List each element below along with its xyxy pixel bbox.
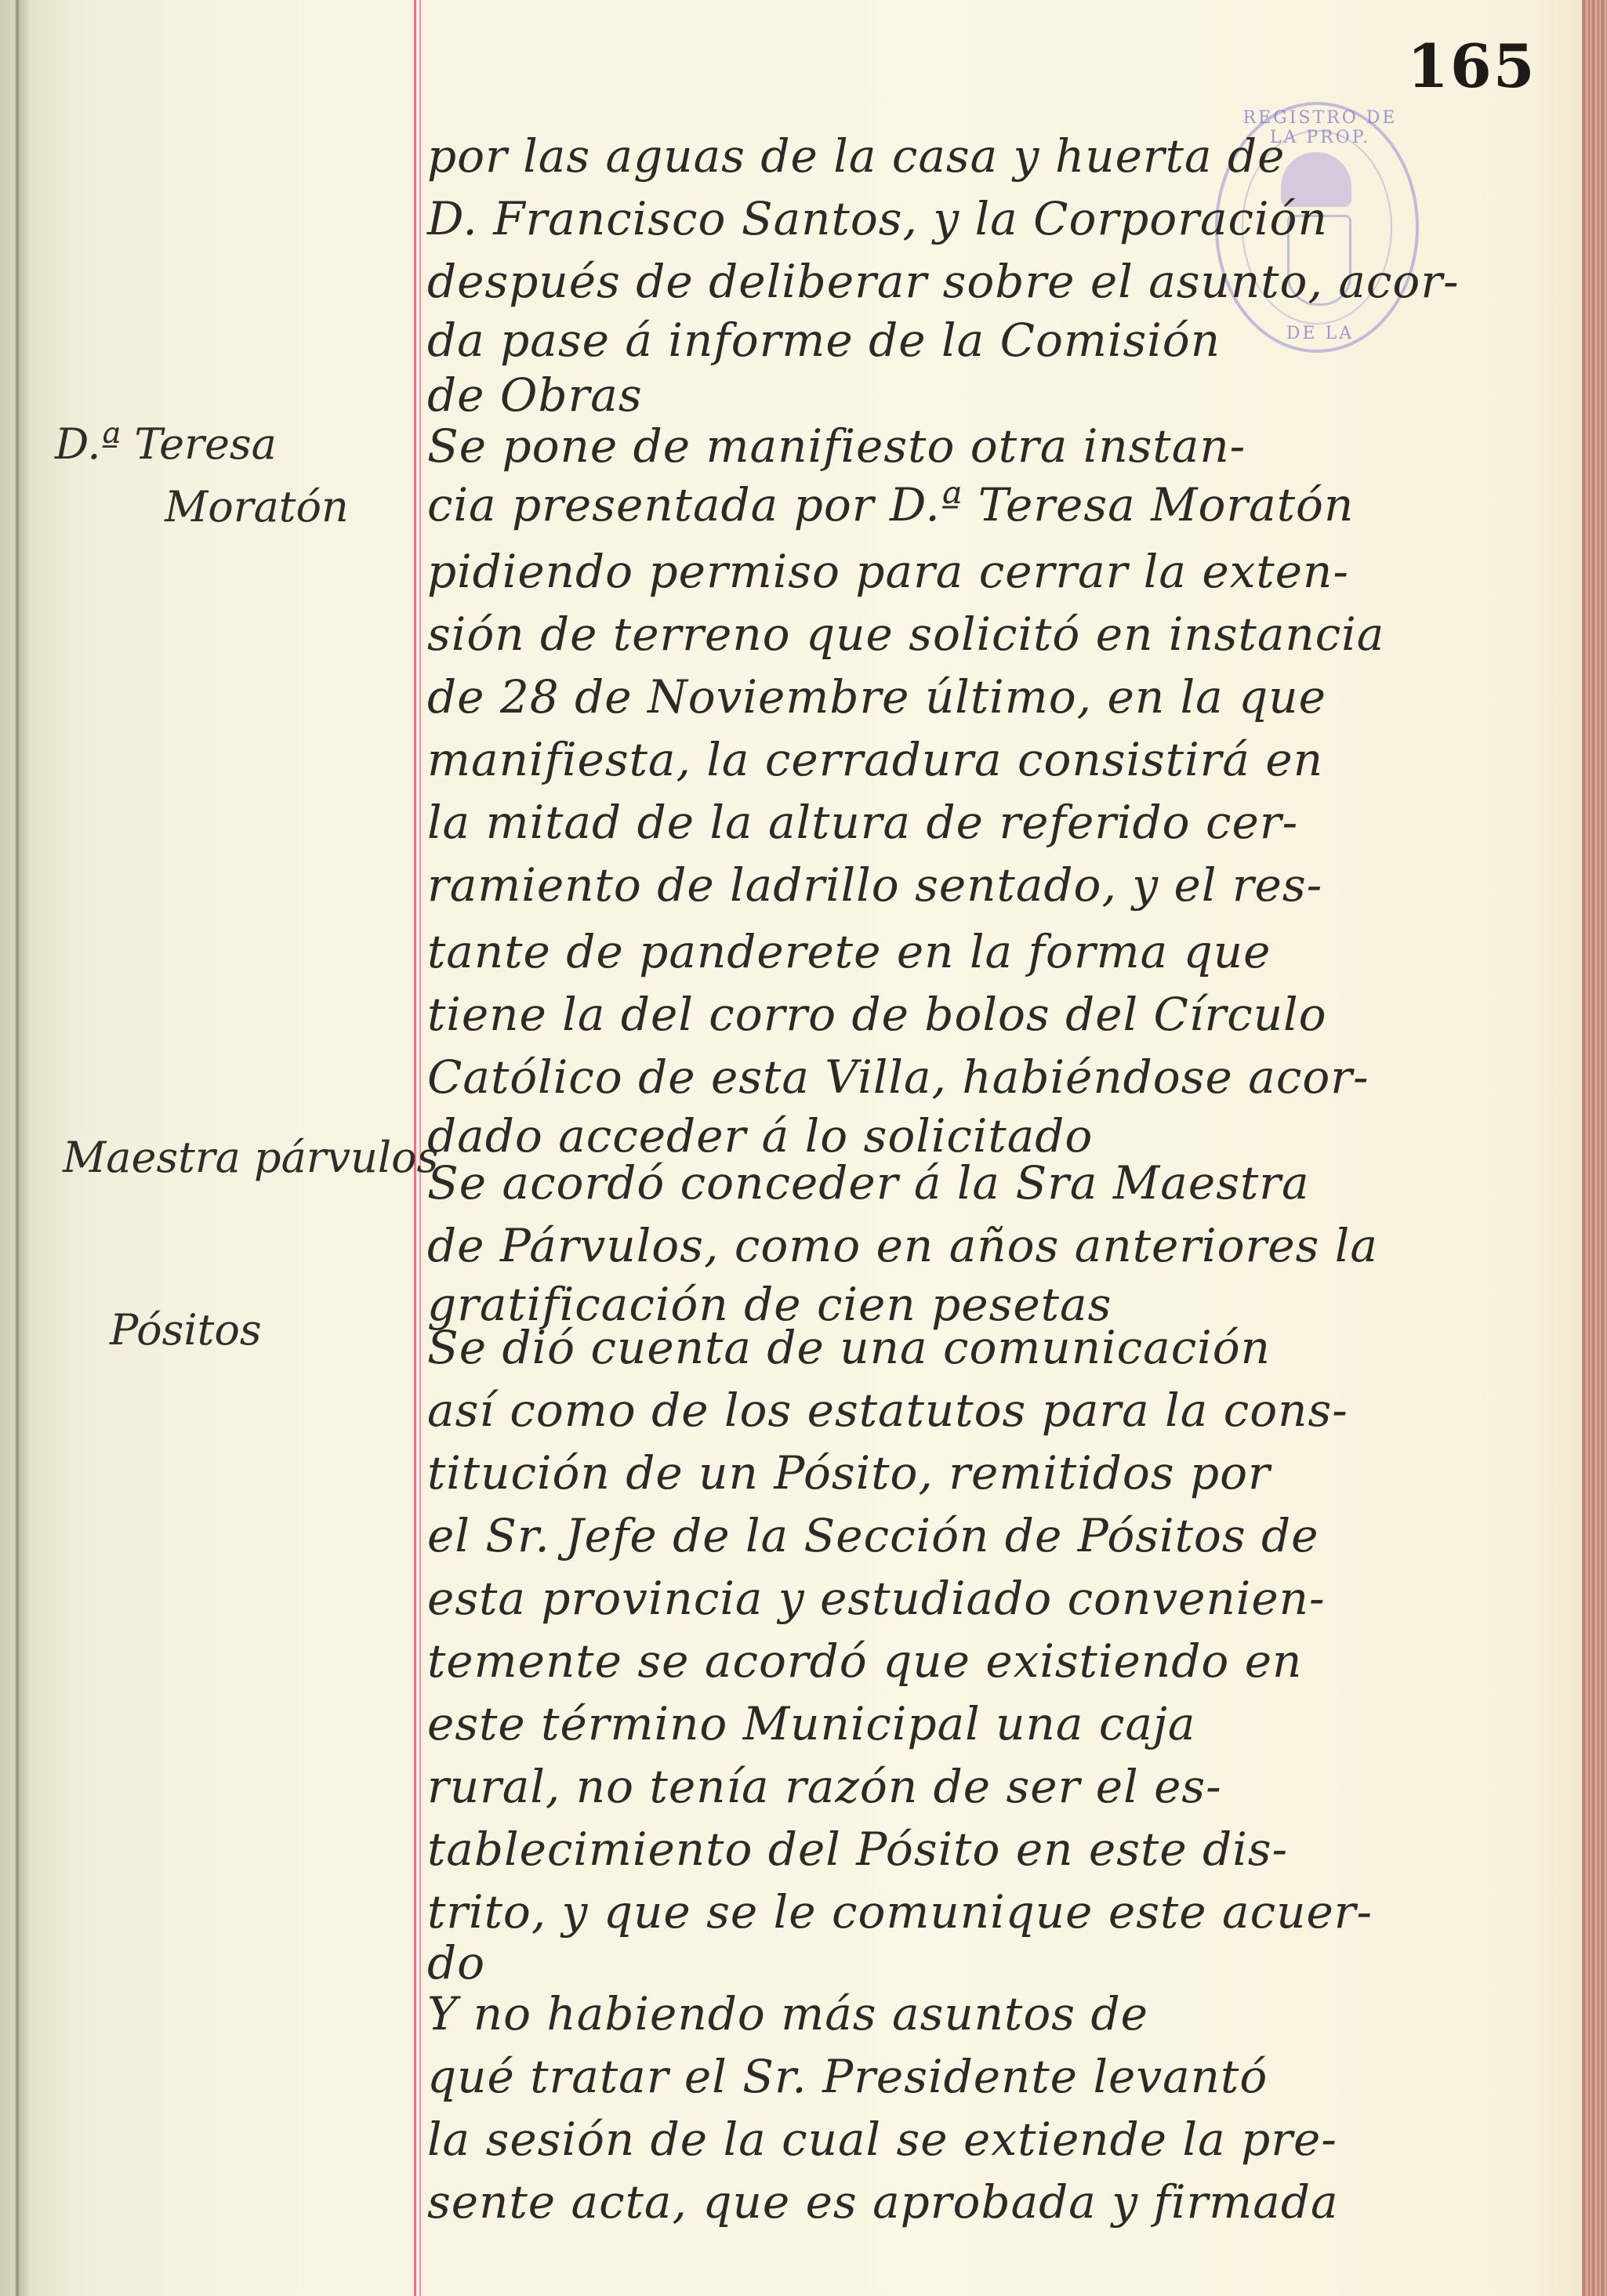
handwritten-line: por las aguas de la casa y huerta de [427,129,1285,183]
handwritten-line: qué tratar el Sr. Presidente levantó [427,2050,1268,2103]
stamp-text-bottom: DE LA [1226,324,1414,343]
gutter-edge [16,0,19,2296]
handwritten-line: Se pone de manifiesto otra instan- [427,419,1246,473]
handwritten-line: tante de panderete en la forma que [427,925,1271,978]
margin-note: Moratón [165,482,349,531]
handwritten-line: temente se acordó que existiendo en [427,1634,1302,1688]
handwritten-line: Católico de esta Villa, habiéndose acor- [427,1050,1369,1104]
handwritten-line: sente acta, que es aprobada y firmada [427,2175,1339,2229]
handwritten-line: titución de un Pósito, remitidos por [427,1446,1271,1500]
handwritten-line: dado acceder á lo solicitado [427,1109,1093,1163]
handwritten-line: Se acordó conceder á la Sra Maestra [427,1156,1310,1210]
handwritten-line: así como de los estatutos para la cons- [427,1384,1348,1437]
handwritten-line: después de deliberar sobre el asunto, ac… [427,255,1460,308]
ledger-page: 165 REGISTRO DE LA PROP. DE LA D.ª Teres… [0,0,1607,2296]
handwritten-line: la sesión de la cual se extiende la pre- [427,2113,1337,2166]
handwritten-line: sión de terreno que solicitó en instanci… [427,608,1384,661]
handwritten-line: este término Municipal una caja [427,1697,1196,1750]
handwritten-line: Y no habiendo más asuntos de [427,1987,1148,2040]
book-binding-edge [1582,0,1607,2296]
handwritten-line: cia presentada por D.ª Teresa Moratón [427,478,1354,531]
page-number: 165 [1407,31,1536,101]
handwritten-line: de Párvulos, como en años anteriores la [427,1219,1378,1272]
handwritten-line: esta provincia y estudiado convenien- [427,1572,1326,1625]
handwritten-line: manifiesta, la cerradura consistirá en [427,733,1323,786]
handwritten-line: la mitad de la altura de referido cer- [427,796,1298,849]
handwritten-line: rural, no tenía razón de ser el es- [427,1760,1222,1813]
handwritten-line: trito, y que se le comunique este acuer- [427,1885,1373,1939]
handwritten-line: de 28 de Noviembre último, en la que [427,670,1326,724]
handwritten-line: ramiento de ladrillo sentado, y el res- [427,858,1322,912]
handwritten-line: tablecimiento del Pósito en este dis- [427,1823,1288,1876]
margin-note: D.ª Teresa [55,419,277,469]
handwritten-line: Se dió cuenta de una comunicación [427,1321,1271,1374]
handwritten-line: pidiendo permiso para cerrar la exten- [427,545,1349,598]
handwritten-line: D. Francisco Santos, y la Corporación [427,192,1328,245]
handwritten-line: el Sr. Jefe de la Sección de Pósitos de [427,1509,1319,1562]
handwritten-line: da pase á informe de la Comisión [427,314,1221,367]
handwritten-line: tiene la del corro de bolos del Círculo [427,988,1327,1041]
handwritten-line: do [427,1936,485,1990]
handwritten-line: de Obras [427,368,643,422]
margin-note: Maestra párvulos [63,1133,438,1182]
margin-note: Pósitos [110,1305,262,1355]
